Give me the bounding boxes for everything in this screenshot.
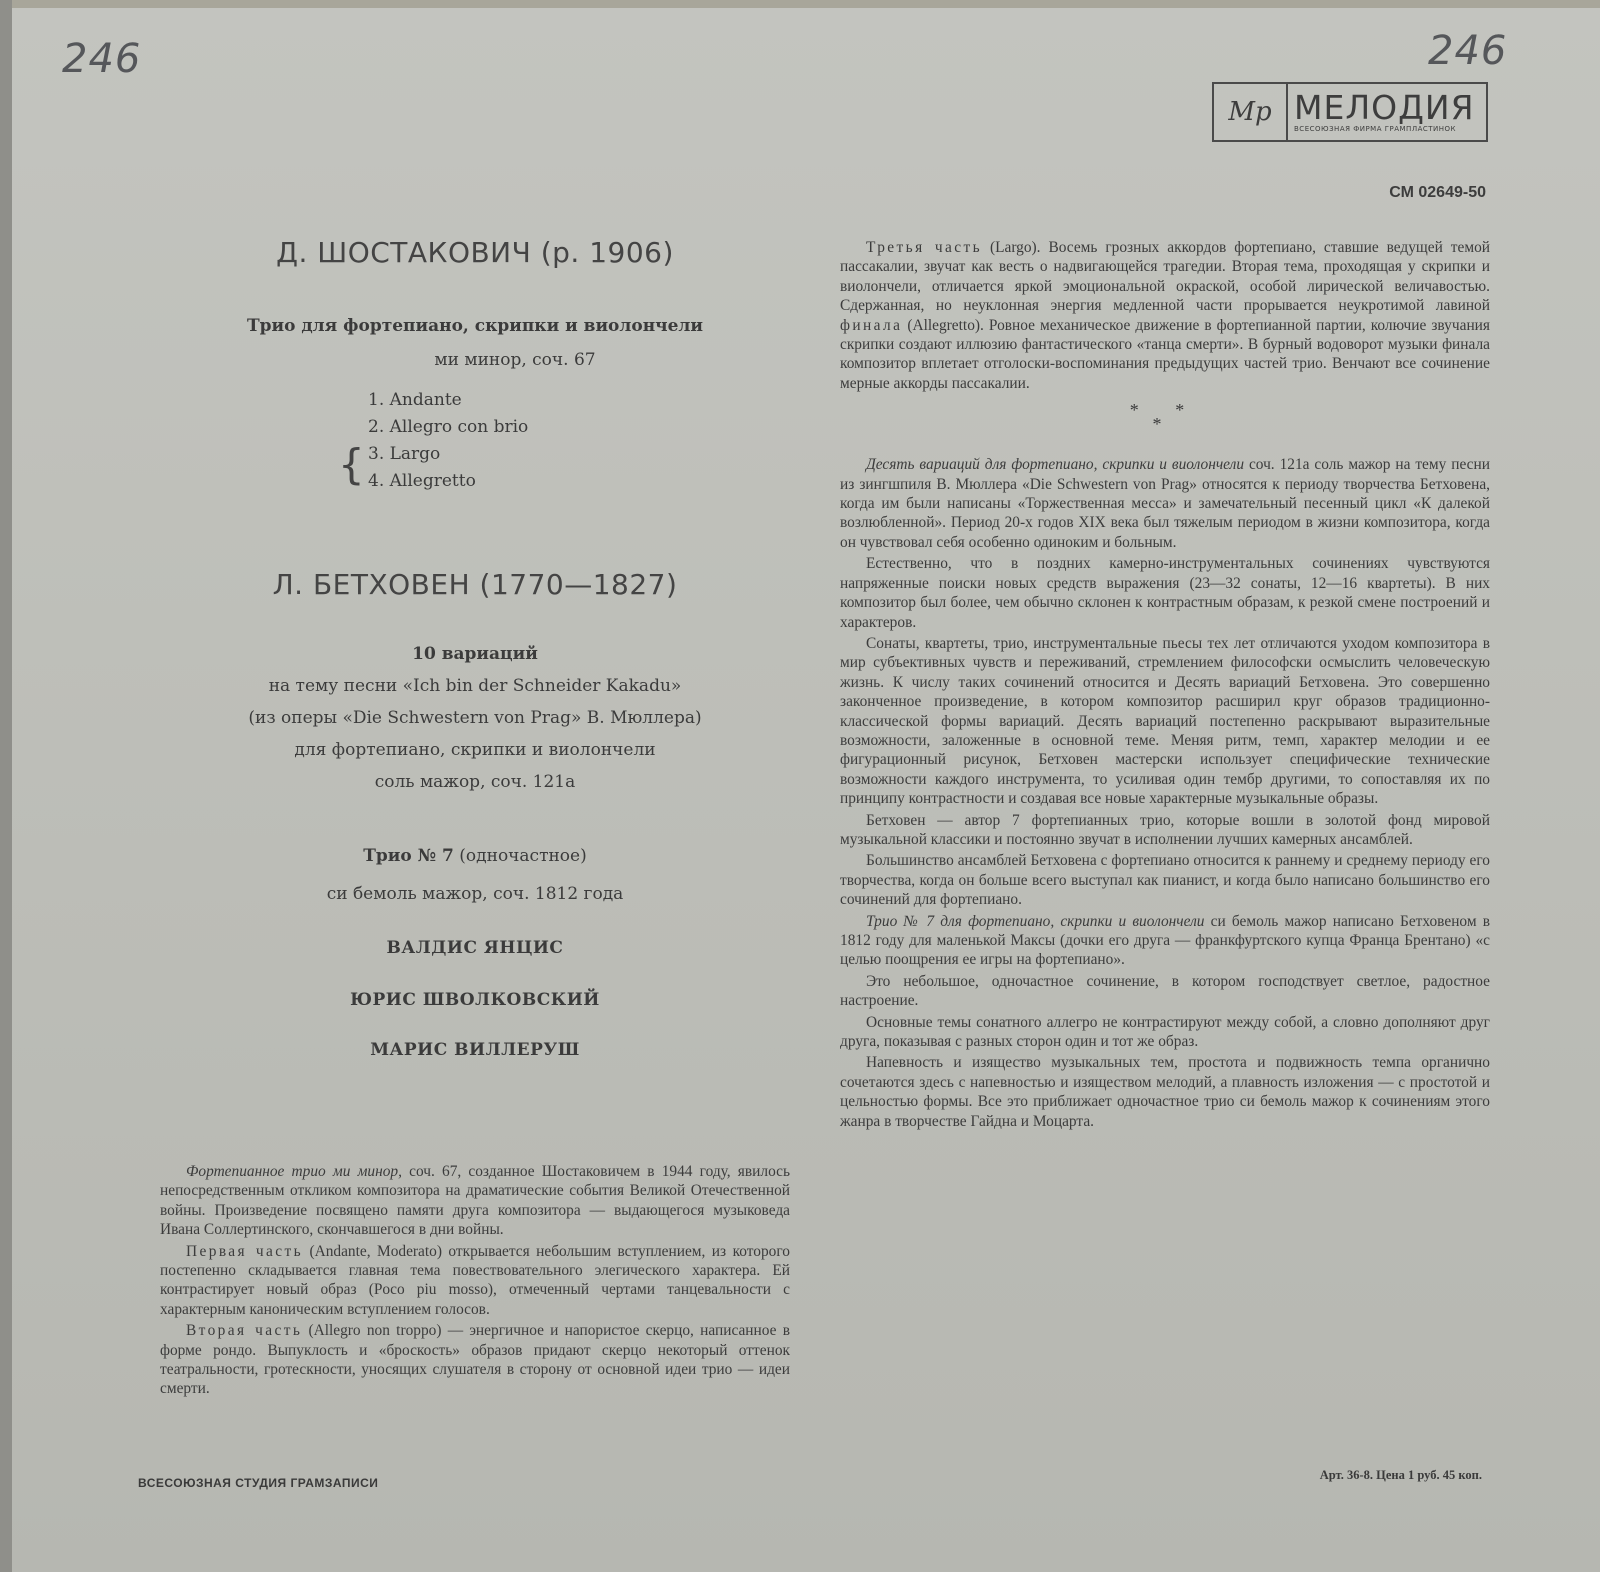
- work-title-variations: 10 вариаций: [150, 644, 800, 664]
- notes-paragraph: Это небольшое, одночастное сочинение, в …: [840, 972, 1490, 1011]
- notes-paragraph: Основные темы сонатного аллегро не контр…: [840, 1013, 1490, 1052]
- trio7-subtitle: (одночастное): [454, 846, 587, 866]
- melodiya-mark-icon: Мр: [1214, 84, 1288, 140]
- label-name: МЕЛОДИЯ: [1294, 91, 1486, 125]
- composer-shostakovich: Д. ШОСТАКОВИЧ (р. 1906): [150, 236, 800, 269]
- work-key-opus: ми минор, соч. 67: [190, 350, 840, 370]
- movement-item: 4. Allegretto: [368, 471, 528, 498]
- movement-item: 1. Andante: [368, 390, 528, 417]
- movement-brace: {: [338, 440, 365, 490]
- section-separator: * **: [840, 395, 1490, 455]
- variations-theme: на тему песни «Ich bin der Schneider Kak…: [150, 676, 800, 696]
- handwritten-number-left: 246: [62, 36, 141, 82]
- notes-paragraph: Третья часть (Largo). Восемь грозных акк…: [840, 238, 1490, 393]
- notes-paragraph: Первая часть (Andante, Moderato) открыва…: [160, 1242, 790, 1320]
- trio7-key: си бемоль мажор, соч. 1812 года: [150, 884, 800, 904]
- notes-paragraph: Десять вариаций для фортепиано, скрипки …: [840, 455, 1490, 552]
- movement-item: 3. Largo: [368, 444, 528, 471]
- liner-notes-right: Третья часть (Largo). Восемь грозных акк…: [840, 238, 1490, 1133]
- notes-paragraph: Бетховен — автор 7 фортепианных трио, ко…: [840, 811, 1490, 850]
- handwritten-number-right: 246: [1428, 28, 1507, 74]
- notes-paragraph: Большинство ансамблей Бетховена с фортеп…: [840, 851, 1490, 909]
- performer: ЮРИС ШВОЛКОВСКИЙ: [150, 990, 800, 1010]
- notes-paragraph: Фортепианное трио ми минор, соч. 67, соз…: [160, 1162, 790, 1240]
- trio7-title: Трио № 7: [363, 846, 454, 866]
- studio-credit: ВСЕСОЮЗНАЯ СТУДИЯ ГРАМЗАПИСИ: [138, 1476, 378, 1490]
- variations-key-opus: соль мажор, соч. 121а: [150, 772, 800, 792]
- notes-paragraph: Вторая часть (Allegro non troppo) — энер…: [160, 1321, 790, 1399]
- work-title-shostakovich-trio: Трио для фортепиано, скрипки и виолончел…: [150, 316, 800, 336]
- catalog-number: СМ 02649-50: [1389, 184, 1486, 202]
- composer-beethoven: Л. БЕТХОВЕН (1770—1827): [150, 568, 800, 601]
- notes-paragraph: Трио № 7 для фортепиано, скрипки и виоло…: [840, 912, 1490, 970]
- movement-item: 2. Allegro con brio: [368, 417, 528, 444]
- notes-paragraph: Сонаты, квартеты, трио, инструментальные…: [840, 634, 1490, 809]
- liner-notes-left: Фортепианное трио ми минор, соч. 67, соз…: [160, 1162, 790, 1401]
- label-subtitle: ВСЕСОЮЗНАЯ ФИРМА ГРАМПЛАСТИНОК: [1294, 125, 1486, 133]
- movement-list: 1. Andante 2. Allegro con brio 3. Largo …: [368, 390, 528, 498]
- notes-paragraph: Естественно, что в поздних камерно-инстр…: [840, 554, 1490, 632]
- work-title-trio7: Трио № 7 (одночастное): [150, 846, 800, 866]
- variations-instruments: для фортепиано, скрипки и виолончели: [150, 740, 800, 760]
- variations-source: (из оперы «Die Schwestern von Prag» В. М…: [150, 708, 800, 728]
- notes-paragraph: Напевность и изящество музыкальных тем, …: [840, 1053, 1490, 1131]
- performer: ВАЛДИС ЯНЦИС: [150, 938, 800, 958]
- sleeve-top-edge: [0, 0, 1600, 8]
- performer: МАРИС ВИЛЛЕРУШ: [150, 1040, 800, 1060]
- sleeve-left-edge: [0, 0, 12, 1572]
- melodiya-logo: Мр МЕЛОДИЯ ВСЕСОЮЗНАЯ ФИРМА ГРАМПЛАСТИНО…: [1212, 82, 1488, 142]
- price-label: Арт. 36-8. Цена 1 руб. 45 коп.: [1320, 1468, 1482, 1483]
